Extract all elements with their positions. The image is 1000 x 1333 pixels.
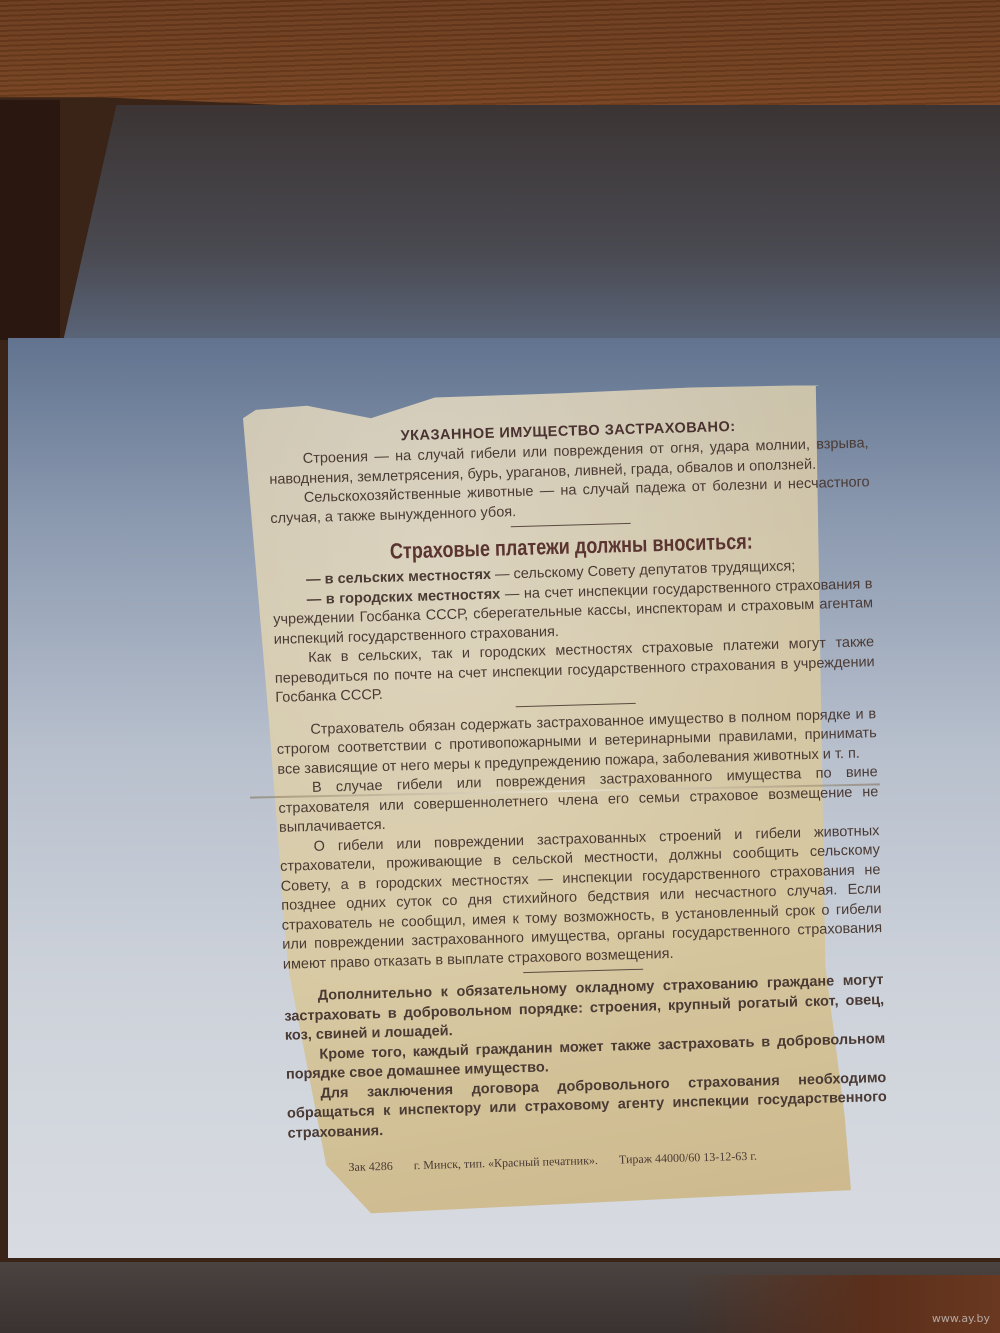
background-sheet-shadow (60, 105, 1000, 355)
urban-label: — в городских местностях (306, 586, 500, 607)
imprint-order: Зак 4286 (348, 1159, 393, 1174)
section-separator (516, 702, 636, 706)
imprint-printer: г. Минск, тип. «Красный печатник». (414, 1153, 599, 1172)
document-content: УКАЗАННОЕ ИМУЩЕСТВО ЗАСТРАХОВАНО: Строен… (268, 415, 889, 1179)
rural-label: — в сельских местностях (306, 567, 491, 588)
imprint-circulation: Тираж 44000/60 13-12-63 г. (619, 1149, 757, 1167)
obligation-paragraph: О гибели или повреждении застрахованных … (279, 822, 883, 975)
wooden-surface-left (0, 100, 60, 340)
section-separator (523, 969, 643, 973)
site-watermark: www.ay.by (932, 1312, 990, 1325)
section-separator (511, 523, 631, 527)
